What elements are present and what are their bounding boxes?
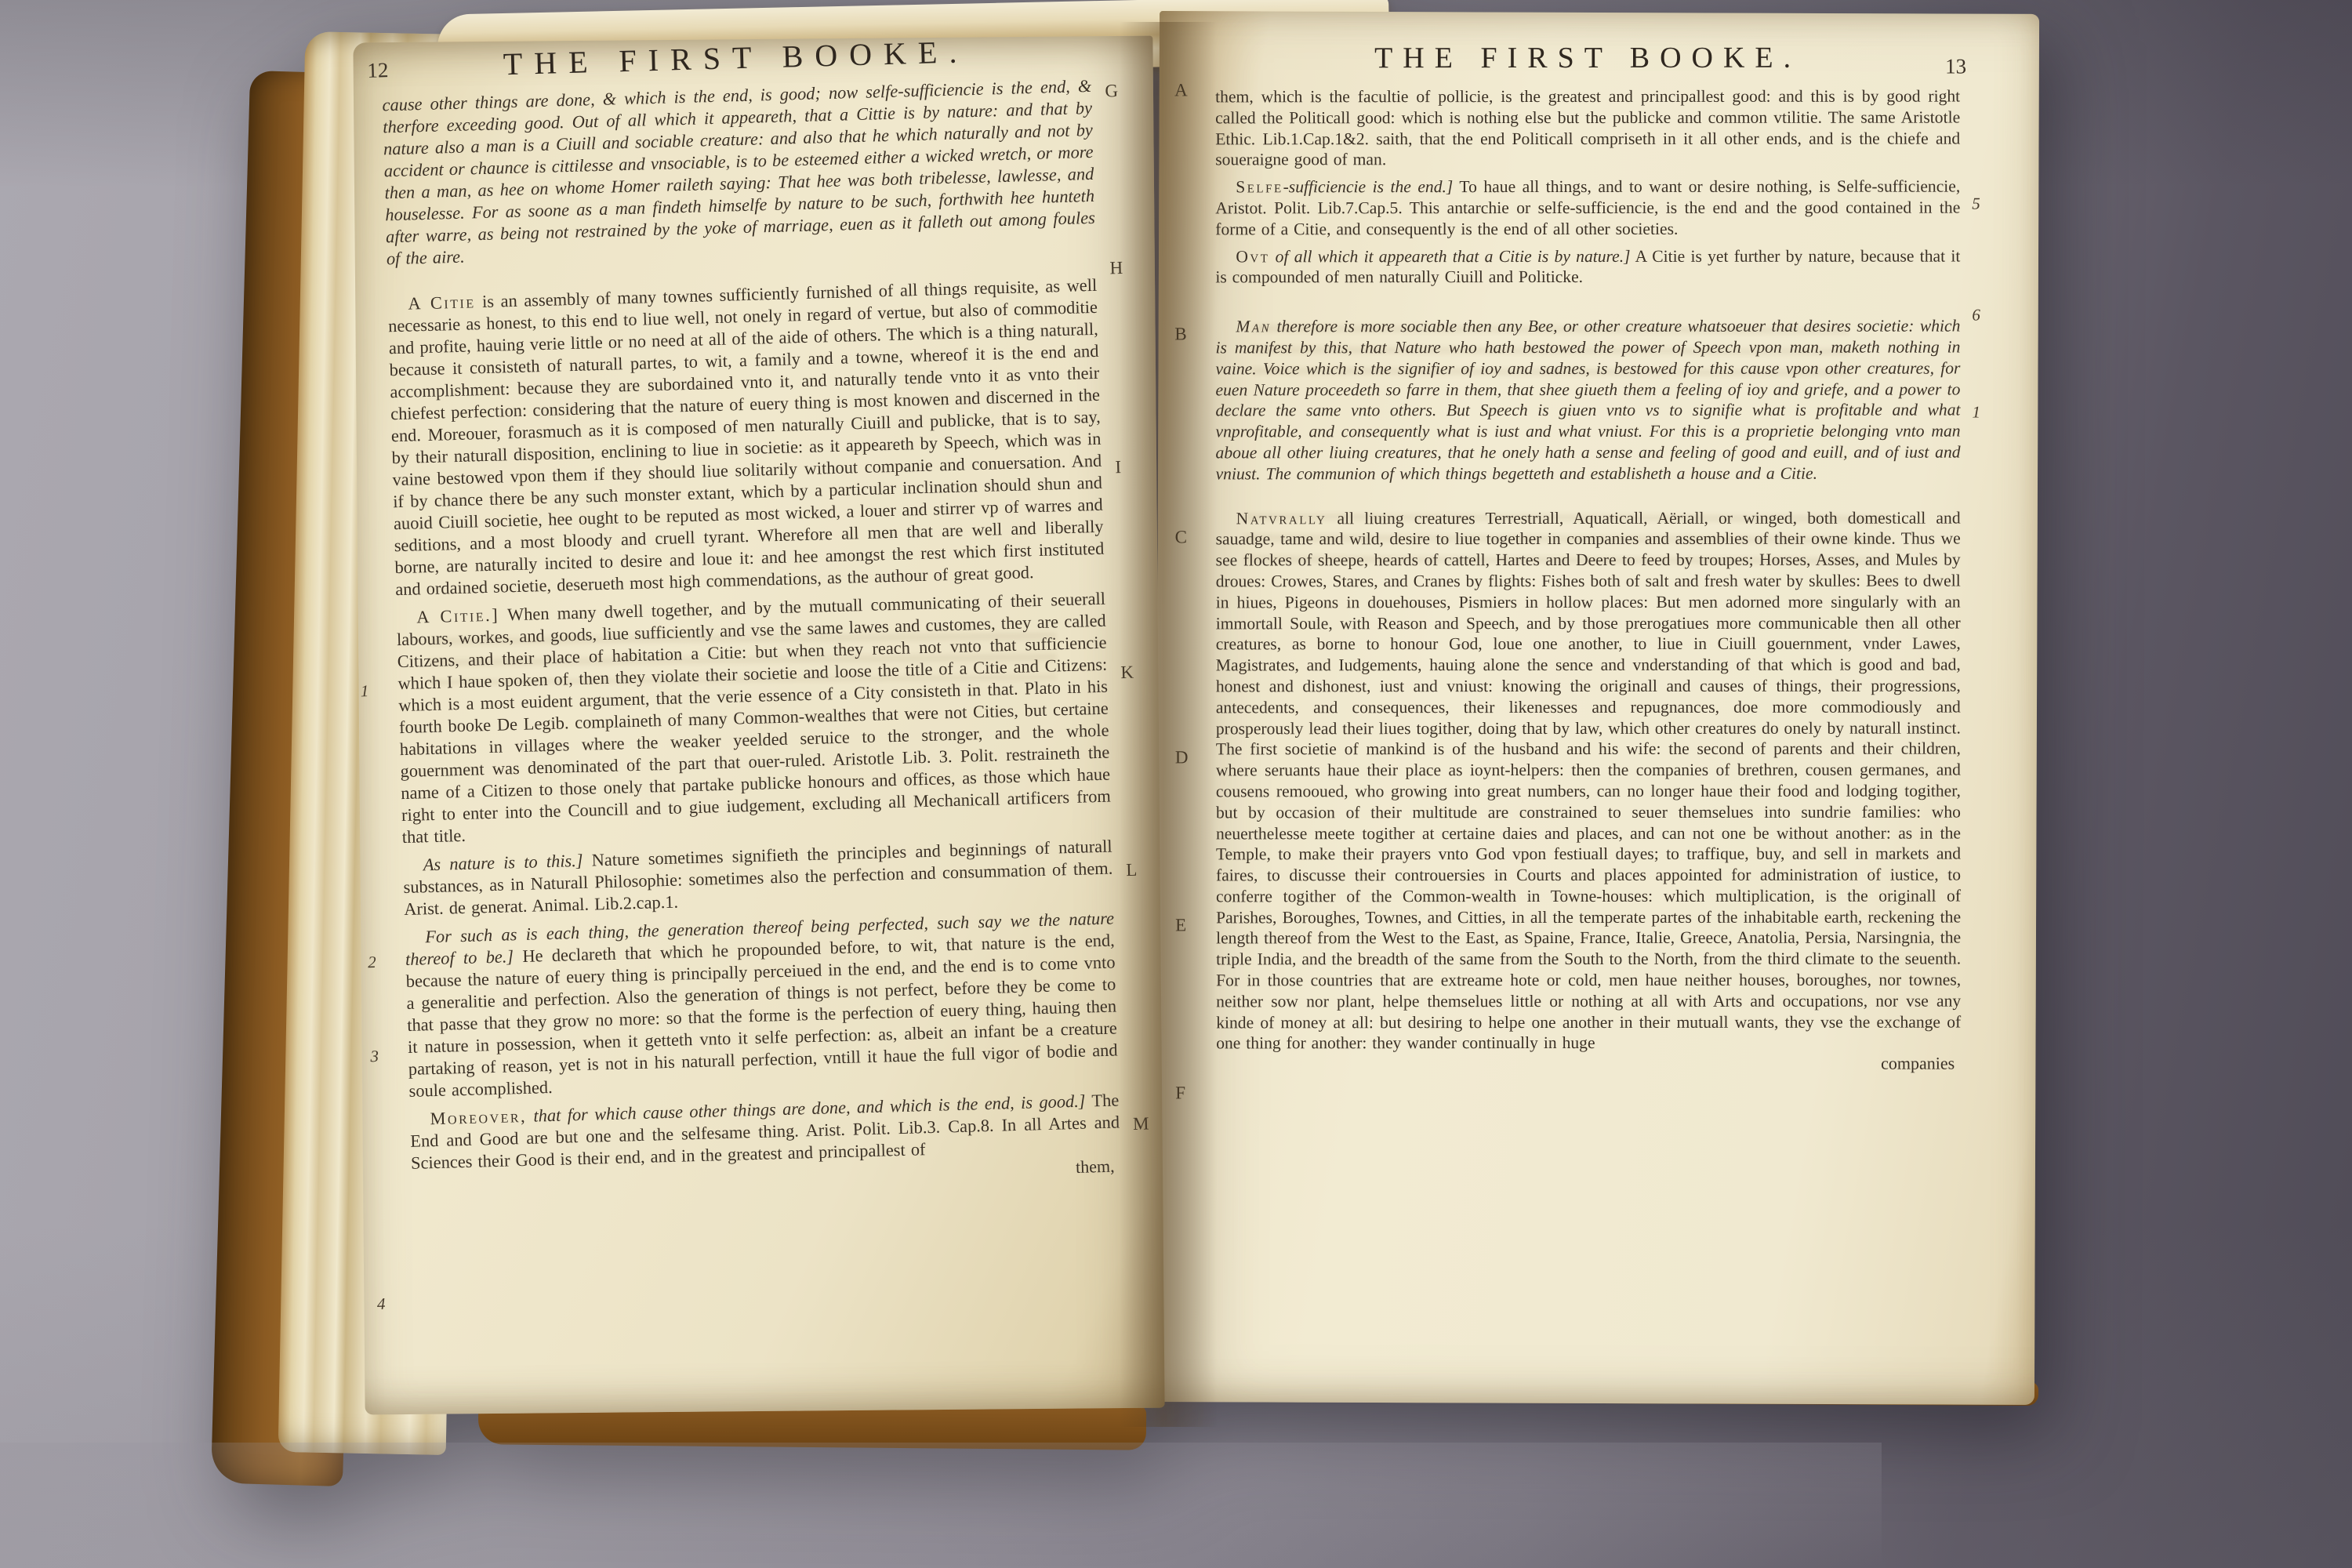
paragraph: Natvrally all liuing creatures Terrestri… — [1216, 507, 1962, 1075]
margin-number: 5 — [1972, 194, 1980, 214]
paragraph-lead: Ovt — [1236, 247, 1269, 266]
open-book: THE FIRST BOOKE. 13 them, which is the f… — [220, 0, 2054, 1474]
margin-number: 3 — [370, 1047, 379, 1066]
paragraph-lead: Moreover, — [430, 1106, 527, 1128]
page-header: THE FIRST BOOKE. 13 — [1215, 41, 1960, 87]
margin-number: 1 — [360, 681, 368, 701]
paragraph: A Citie.] When many dwell together, and … — [396, 588, 1112, 848]
page-number: 13 — [1945, 55, 1966, 79]
page-right: THE FIRST BOOKE. 13 them, which is the f… — [1155, 11, 2039, 1405]
paragraph-text: them, which is the facultie of pollicie,… — [1215, 87, 1960, 169]
paragraph: A Citie is an assembly of many townes su… — [387, 274, 1105, 601]
paragraph: them, which is the facultie of pollicie,… — [1215, 86, 1960, 171]
paragraph: Man therefore is more sociable then any … — [1215, 316, 1960, 485]
paragraph-text: When many dwell together, and by the mut… — [397, 589, 1111, 847]
paragraph-lemma: of all which it appeareth that a Citie i… — [1276, 246, 1631, 265]
paragraph-lead: A Citie.] — [416, 605, 500, 627]
paragraph-lemma: -sufficiencie is the end.] — [1283, 177, 1454, 196]
paragraph-text: Nature sometimes signifieth the principl… — [403, 837, 1112, 919]
photo-backdrop: THE FIRST BOOKE. 13 them, which is the f… — [0, 0, 2352, 1568]
paragraph: For such as is each thing, the generatio… — [405, 908, 1119, 1102]
paragraph: Moreover, that for which cause other thi… — [409, 1089, 1121, 1196]
page-right-content: THE FIRST BOOKE. 13 them, which is the f… — [1215, 41, 1961, 1076]
catchword: companies — [1216, 1054, 1961, 1076]
book-gutter-shadow — [1120, 22, 1217, 1427]
paragraph-text: all liuing creatures Terrestriall, Aquat… — [1216, 508, 1962, 1053]
paragraph-lead: A Citie — [408, 292, 476, 313]
page-number: 12 — [367, 58, 389, 83]
margin-number: 4 — [377, 1294, 386, 1314]
margin-number: 2 — [368, 953, 376, 972]
paragraph-text: is an assembly of many townes sufficient… — [388, 275, 1105, 599]
paragraph: Selfe-sufficiencie is the end.] To haue … — [1215, 176, 1960, 240]
margin-number: 6 — [353, 125, 354, 144]
paragraph: As nature is to this.] Nature sometimes … — [402, 836, 1113, 920]
page-left-content: 12 THE FIRST BOOKE. cause other things a… — [381, 36, 1121, 1196]
paragraph-lead: Natvrally — [1236, 509, 1327, 528]
paragraph-text: cause other things are done, & which is … — [382, 76, 1095, 268]
paragraph: Ovt of all which it appeareth that a Cit… — [1215, 245, 1960, 288]
paragraph-text: therefore is more sociable then any Bee,… — [1215, 317, 1960, 483]
margin-letter: G — [1105, 81, 1118, 101]
margin-number: 6 — [1972, 306, 1980, 325]
page-left: 12 THE FIRST BOOKE. cause other things a… — [353, 36, 1164, 1415]
paragraph: cause other things are done, & which is … — [382, 75, 1096, 270]
paragraph-lead: Selfe — [1236, 177, 1283, 196]
running-title: THE FIRST BOOKE. — [1215, 41, 1960, 76]
paragraph-lead: Man — [1236, 317, 1271, 336]
paragraph-lemma: As nature is to this.] — [423, 851, 583, 875]
margin-number: 1 — [1972, 403, 1980, 423]
